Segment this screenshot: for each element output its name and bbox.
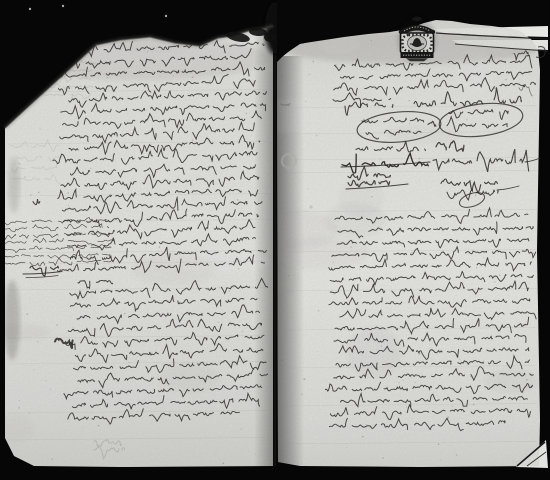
document-scan-svg bbox=[0, 0, 550, 480]
scanned-document bbox=[0, 0, 550, 480]
paper-grain-right bbox=[276, 18, 542, 468]
